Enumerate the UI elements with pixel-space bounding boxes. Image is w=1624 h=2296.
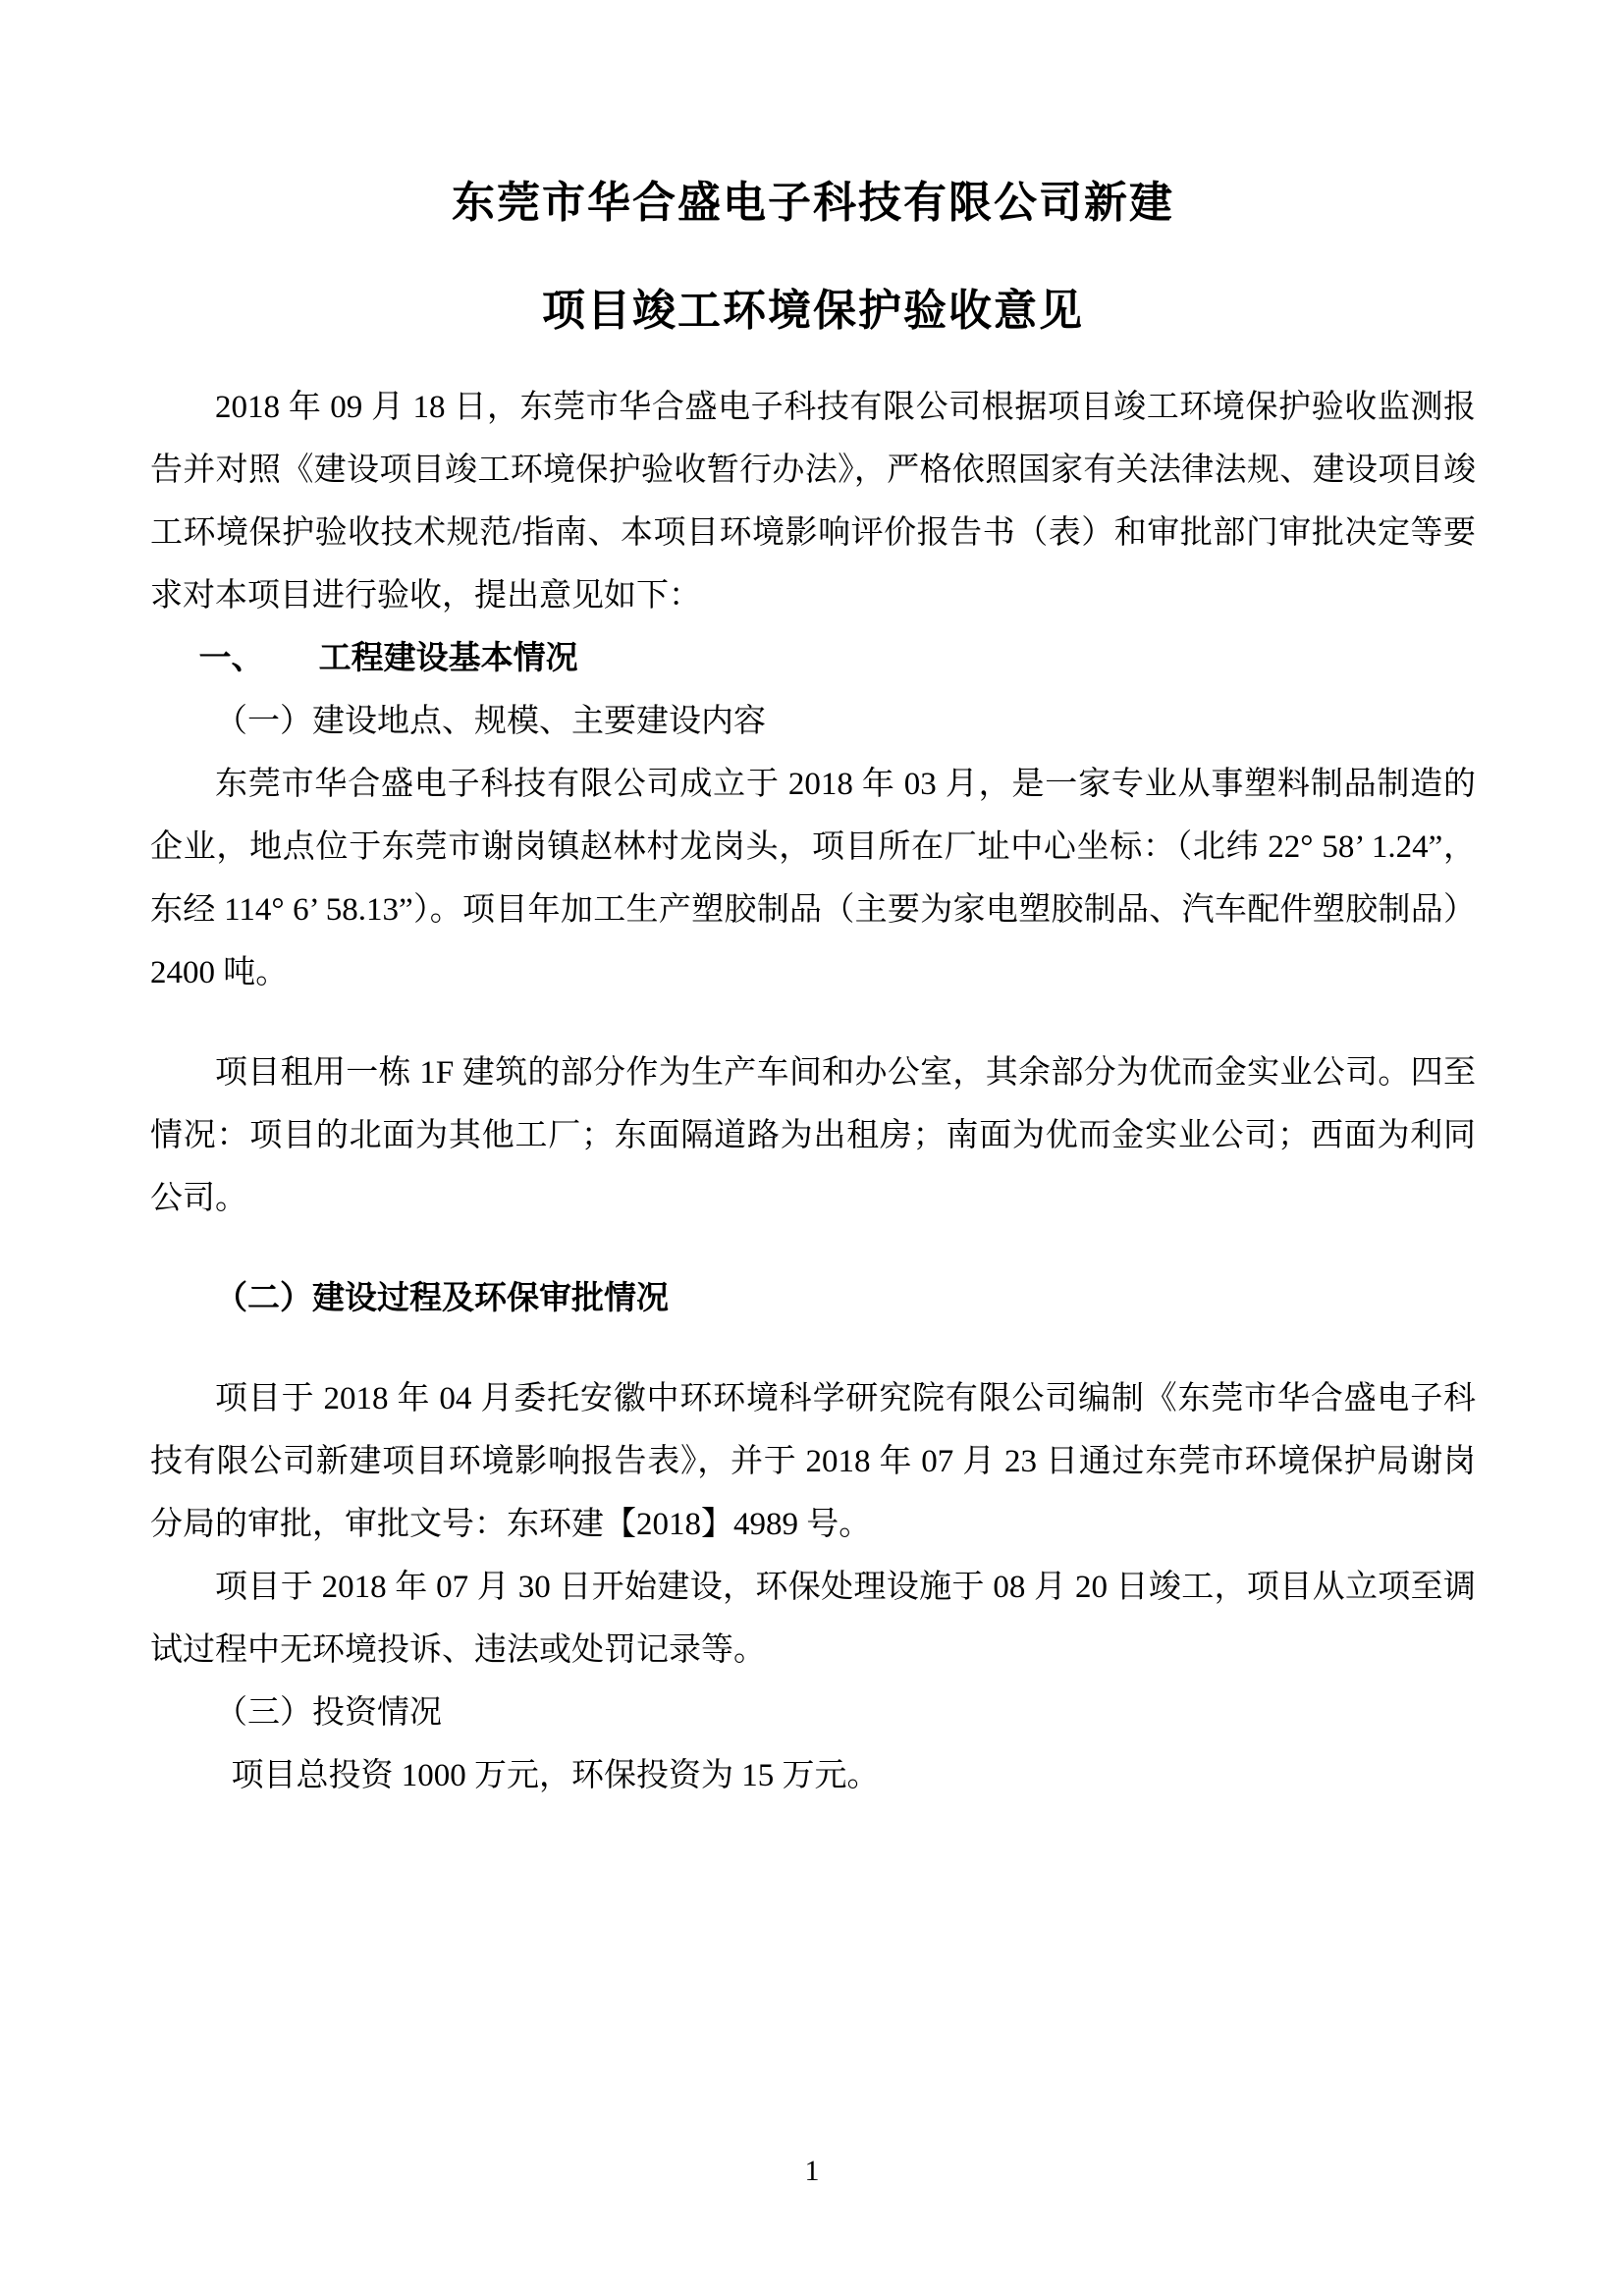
paragraph-intro: 2018 年 09 月 18 日，东莞市华合盛电子科技有限公司根据项目竣工环境保… — [150, 376, 1476, 627]
paragraph-location: 东莞市华合盛电子科技有限公司成立于 2018 年 03 月，是一家专业从事塑料制… — [150, 753, 1476, 1004]
document-page: 东莞市华合盛电子科技有限公司新建 项目竣工环境保护验收意见 2018 年 09 … — [0, 0, 1624, 2296]
paragraph-approval: 项目于 2018 年 04 月委托安徽中环环境科学研究院有限公司编制《东莞市华合… — [150, 1367, 1476, 1556]
document-title: 东莞市华合盛电子科技有限公司新建 项目竣工环境保护验收意见 — [150, 149, 1476, 365]
subsection-1-heading: （一）建设地点、规模、主要建设内容 — [150, 690, 1476, 753]
document-title-line-1: 东莞市华合盛电子科技有限公司新建 — [150, 149, 1476, 257]
section-1-title: 工程建设基本情况 — [319, 641, 578, 676]
document-content: 东莞市华合盛电子科技有限公司新建 项目竣工环境保护验收意见 2018 年 09 … — [150, 149, 1476, 1807]
section-1-heading: 一、工程建设基本情况 — [150, 627, 1476, 690]
subsection-3-heading: （三）投资情况 — [150, 1682, 1476, 1744]
paragraph-investment: 项目总投资 1000 万元，环保投资为 15 万元。 — [150, 1744, 1476, 1807]
document-body: 2018 年 09 月 18 日，东莞市华合盛电子科技有限公司根据项目竣工环境保… — [150, 376, 1476, 1807]
page-number: 1 — [0, 2152, 1624, 2191]
document-title-line-2: 项目竣工环境保护验收意见 — [150, 257, 1476, 365]
section-1-number: 一、 — [199, 641, 264, 676]
subsection-2-heading: （二）建设过程及环保审批情况 — [150, 1267, 1476, 1330]
paragraph-construction: 项目于 2018 年 07 月 30 日开始建设，环保处理设施于 08 月 20… — [150, 1556, 1476, 1682]
paragraph-building: 项目租用一栋 1F 建筑的部分作为生产车间和办公室，其余部分为优而金实业公司。四… — [150, 1041, 1476, 1230]
